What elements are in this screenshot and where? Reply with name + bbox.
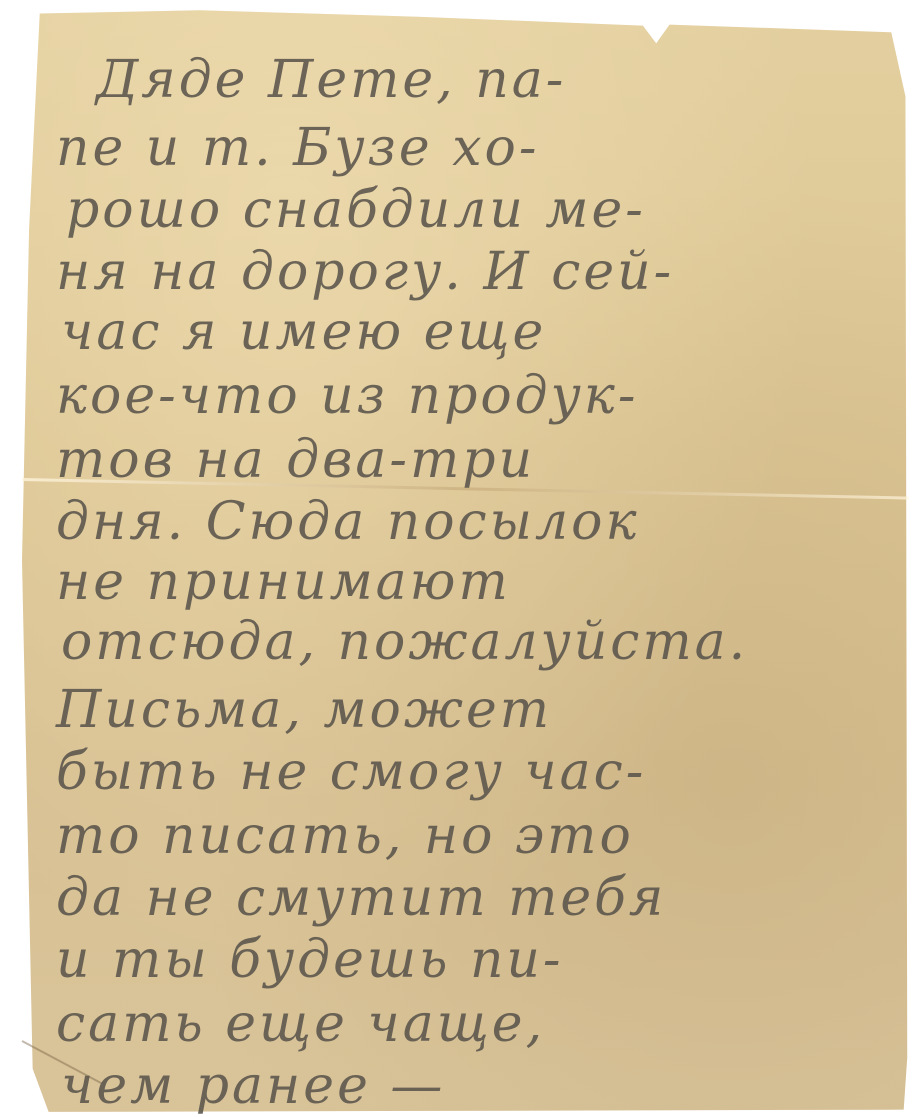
letter-line: час я имею еще — [61, 302, 546, 362]
letter-line: да не смутит тебя — [56, 868, 666, 928]
letter-line: Дяде Пете, па- — [96, 50, 566, 110]
letter-line: пе и т. Бузе хо- — [56, 118, 539, 178]
letter-line: не принимают — [56, 552, 511, 612]
letter-line: и ты будешь пи- — [56, 930, 564, 990]
letter-line: чем ранее — — [61, 1056, 445, 1116]
letter-line: Письма, может — [56, 680, 552, 740]
letter-line: кое-что из продук- — [56, 366, 638, 426]
letter-line: дня. Сюда посылок — [56, 492, 640, 552]
letter-line: то писать, но это — [56, 806, 634, 866]
letter-line: тов на два-три — [56, 430, 535, 490]
letter-line: быть не смогу час- — [56, 742, 646, 802]
letter-line: рошо снабдили ме- — [66, 180, 646, 240]
letter-line: ня на дорогу. И сей- — [56, 242, 674, 302]
letter-line: сать еще чаще, — [56, 994, 545, 1054]
letter-line: отсюда, пожалуйста. — [61, 612, 748, 672]
